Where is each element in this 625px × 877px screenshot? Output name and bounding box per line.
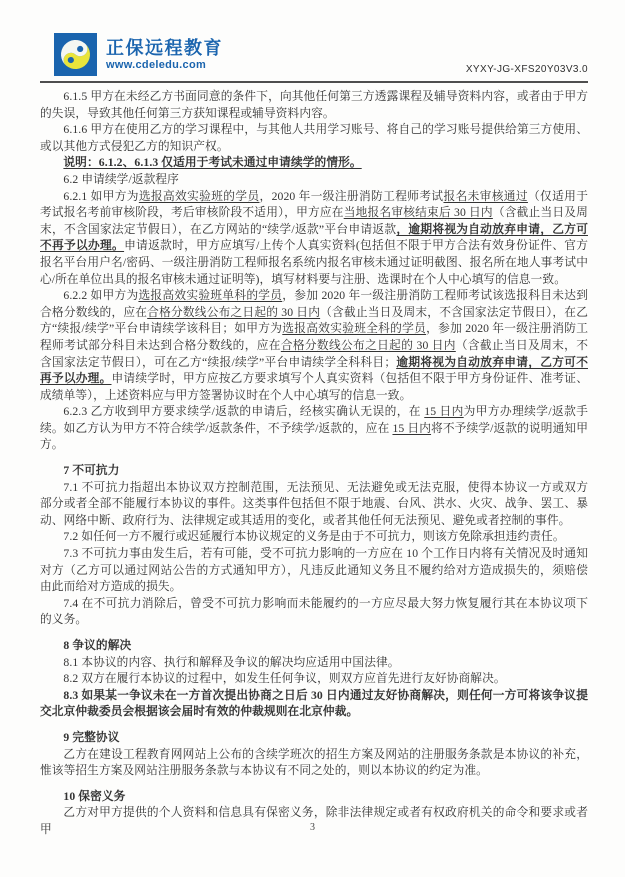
note-paragraph: 说明：6.1.2、6.1.3 仅适用于考试未通过申请续学的情形。 [40,155,588,172]
company-logo: 正保远程教育 www.cdeledu.com [54,33,223,76]
paragraph: 6.2.2 如甲方为选报高效实验班单科的学员，参加 2020 年一级注册消防工程… [40,288,588,404]
text-segment: 当地报名审核结束后 30 日内 [344,206,493,219]
contract-page: 正保远程教育 www.cdeledu.com XYXY-JG-XFS20Y03V… [0,0,625,877]
paragraph: 8.3 如果某一争议未在一方首次提出协商之日后 30 日内通过友好协商解决，则任… [40,688,588,721]
paragraph: 7.1 不可抗力指超出本协议双方控制范围，无法预见、无法避免或无法克服，使得本协… [40,480,588,530]
section-heading: 8 争议的解决 [40,638,588,655]
page-number: 3 [310,822,315,833]
document-code: XYXY-JG-XFS20Y03V3.0 [466,64,588,76]
text-segment: 7.3 不可抗力事由发生后，若有可能，受不可抗力影响的一方应在 10 个工作日内… [40,547,588,593]
section-heading: 10 保密义务 [40,789,588,806]
company-name: 正保远程教育 [106,38,223,59]
text-segment: 10 保密义务 [63,790,125,803]
page-header: 正保远程教育 www.cdeledu.com XYXY-JG-XFS20Y03V… [40,33,588,76]
text-segment: 9 完整协议 [63,731,119,744]
text-segment: 7 不可抗力 [63,464,119,477]
text-segment: 15 日内 [392,422,431,435]
text-segment: 7.1 不可抗力指超出本协议双方控制范围，无法预见、无法避免或无法克服，使得本协… [40,481,588,527]
text-segment: 8.3 如果某一争议未在一方首次提出协商之日后 30 日内通过友好协商解决，则任… [40,689,588,719]
text-segment: 7.2 如任何一方不履行或迟延履行本协议规定的义务是由于不可抗力，则该方免除承担… [63,530,564,543]
text-segment: 6.1.6 甲方在使用乙方的学习课程中，与其他人共用学习账号、将自己的学习账号提… [40,123,588,153]
section-heading: 9 完整协议 [40,730,588,747]
paragraph: 6.2.3 乙方收到甲方要求续学/返款的申请后，经核实确认无误的，在 15 日内… [40,404,588,454]
text-segment: 6.2.2 如甲方为 [63,289,138,302]
paragraph: 8.2 双方在履行本协议的过程中，如发生任何争议，则双方应首先进行友好协商解决。 [40,671,588,688]
text-segment: 说明：6.1.2、6.1.3 仅适用于考试未通过申请续学的情形。 [63,156,361,169]
document-body: 6.1.5 甲方在未经乙方书面同意的条件下，向其他任何第三方透露课程及辅导资料内… [40,89,588,839]
logo-text: 正保远程教育 www.cdeledu.com [106,38,223,72]
paragraph: 6.2 申请续学/返款程序 [40,172,588,189]
text-segment: 6.1.5 甲方在未经乙方书面同意的条件下，向其他任何第三方透露课程及辅导资料内… [40,90,588,120]
text-segment: 8.1 本协议的内容、执行和解释及争议的解决均应适用中国法律。 [63,656,399,669]
text-segment: 乙方在建设工程教育网网站上公布的含续学班次的招生方案及网站的注册服务条款是本协议… [40,748,588,778]
header-divider [40,81,588,83]
text-segment: 选报高效实验班单科的学员 [138,289,282,302]
paragraph: 6.1.5 甲方在未经乙方书面同意的条件下，向其他任何第三方透露课程及辅导资料内… [40,89,588,122]
text-segment: 合格分数线公布之日起的 30 日内 [147,306,320,319]
text-segment: 选报高效实验班的学员 [139,190,260,203]
page-footer: 3 [0,822,625,833]
text-segment: 报名未审核通过 [443,190,527,203]
text-segment: 8 争议的解决 [63,639,131,652]
text-segment: 7.4 在不可抗力消除后，曾受不可抗力影响而未能履约的一方应尽最大努力恢复履行其… [40,597,588,627]
section-heading: 7 不可抗力 [40,463,588,480]
company-website: www.cdeledu.com [106,59,223,72]
text-segment: 6.2.1 如甲方为 [63,190,138,203]
paragraph: 7.3 不可抗力事由发生后，若有可能，受不可抗力影响的一方应在 10 个工作日内… [40,546,588,596]
swirl-logo-icon [54,33,97,76]
text-segment: 8.2 双方在履行本协议的过程中，如发生任何争议，则双方应首先进行友好协商解决。 [63,672,505,685]
paragraph: 6.2.1 如甲方为选报高效实验班的学员，2020 年一级注册消防工程师考试报名… [40,189,588,289]
paragraph: 7.4 在不可抗力消除后，曾受不可抗力影响而未能履约的一方应尽最大努力恢复履行其… [40,596,588,629]
paragraph: 乙方在建设工程教育网网站上公布的含续学班次的招生方案及网站的注册服务条款是本协议… [40,747,588,780]
paragraph: 6.1.6 甲方在使用乙方的学习课程中，与其他人共用学习账号、将自己的学习账号提… [40,122,588,155]
text-segment: 申请续学时，甲方应按乙方要求填写个人真实资料（包括但不限于甲方身份证件、准考证、… [40,372,588,402]
text-segment: 15 日内 [424,405,463,418]
paragraph: 8.1 本协议的内容、执行和解释及争议的解决均应适用中国法律。 [40,655,588,672]
text-segment: 6.2 申请续学/返款程序 [63,173,179,186]
text-segment: 选报高效实验班全科的学员 [282,322,426,335]
paragraph: 7.2 如任何一方不履行或迟延履行本协议规定的义务是由于不可抗力，则该方免除承担… [40,529,588,546]
text-segment: 6.2.3 乙方收到甲方要求续学/返款的申请后，经核实确认无误的，在 [63,405,424,418]
text-segment: ，2020 年一级注册消防工程师考试 [260,190,444,203]
text-segment: 合格分数线公布之日起的 30 日内 [281,339,456,352]
